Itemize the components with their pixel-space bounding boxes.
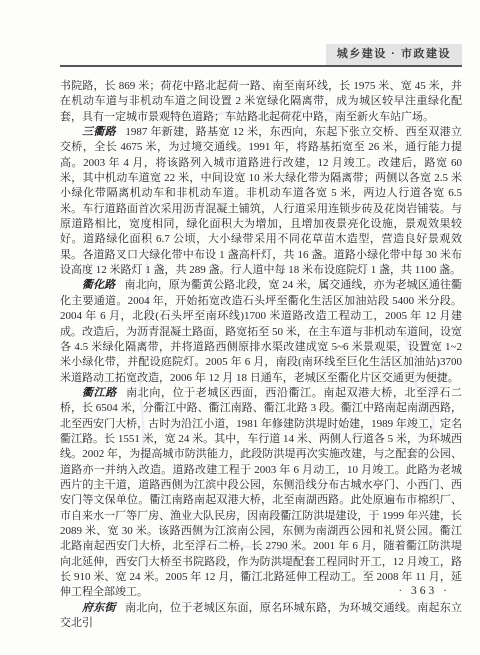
road-name: 三衢路 [82, 126, 116, 138]
body-text: 书院路，长 869 米；荷花中路北起荷一路、南至南环线，长 1975 米、宽 4… [60, 79, 462, 631]
header-rule [60, 65, 462, 67]
paragraph-text: 书院路，长 869 米；荷花中路北起荷一路、南至南环线，长 1975 米、宽 4… [60, 80, 462, 123]
road-name: 衢化路 [82, 279, 115, 291]
paragraph: 府东街南北向，位于老城区东面，原名环城东路，为环城交通线。南起东立交北引 [60, 601, 462, 632]
page-number: · 363 · [398, 585, 450, 597]
paragraph: 三衢路1987 年新建，路基宽 12 米，东西向，东起下张立交桥、西至双港立交桥… [60, 125, 462, 278]
paragraph: 衢化路南北向，原为衢黄公路北段，宽 24 米，属交通线，亦为老城区通往衢化主要通… [60, 278, 462, 385]
road-name: 府东街 [82, 602, 116, 614]
paragraph: 书院路，长 869 米；荷花中路北起荷一路、南至南环线，长 1975 米、宽 4… [60, 79, 462, 125]
running-head: 城乡建设 · 市政建设 [326, 44, 462, 65]
paragraph-text: 南北向，位于老城区西面，西沿衢江。南起双港大桥，北至浮石二桥，长 6504 米，… [60, 387, 462, 598]
book-page: 城乡建设 · 市政建设 书院路，长 869 米；荷花中路北起荷一路、南至南环线，… [0, 0, 480, 655]
road-name: 衢江路 [82, 387, 117, 399]
paragraph-text: 1987 年新建，路基宽 12 米，东西向，东起下张立交桥、西至双港立交桥，全长… [60, 126, 462, 276]
paragraph-text: 南北向，原为衢黄公路北段，宽 24 米，属交通线，亦为老城区通往衢化主要通道。2… [60, 279, 462, 383]
section-title: 城乡建设 · 市政建设 [337, 48, 451, 60]
paragraph: 衢江路南北向，位于老城区西面，西沿衢江。南起双港大桥，北至浮石二桥，长 6504… [60, 386, 462, 601]
paragraph-text: 南北向，位于老城区东面，原名环城东路，为环城交通线。南起东立交北引 [60, 602, 462, 629]
